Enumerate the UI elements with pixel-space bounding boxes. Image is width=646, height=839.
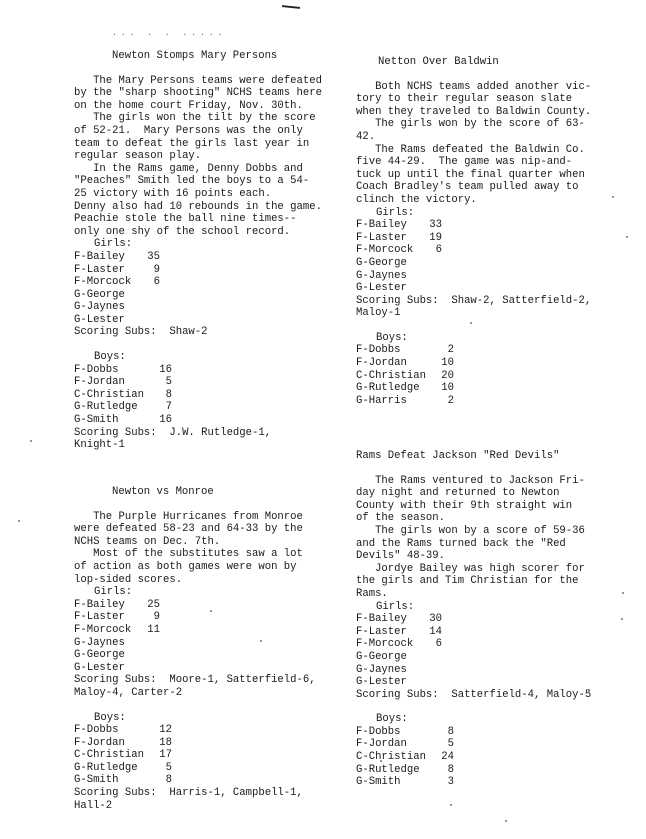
player-points bbox=[140, 649, 160, 662]
paragraph: The girls won the tilt by the score of 5… bbox=[74, 112, 329, 162]
boys-roster: Boys:F-Dobbs2F-Jordan10C-Christian20G-Ru… bbox=[356, 332, 621, 408]
scan-speck bbox=[18, 520, 20, 522]
player-row: F-Morcock11 bbox=[74, 624, 329, 637]
player-points: 10 bbox=[434, 382, 454, 395]
player-row: C-Christian8 bbox=[74, 389, 329, 402]
player-name: F-Bailey bbox=[356, 219, 422, 232]
player-row: F-Dobbs16 bbox=[74, 364, 329, 377]
player-row: F-Laster9 bbox=[74, 611, 329, 624]
player-points: 2 bbox=[434, 344, 454, 357]
player-points: 8 bbox=[434, 764, 454, 777]
headline: Newton vs Monroe bbox=[74, 486, 329, 499]
scoring-subs: Scoring Subs: Moore-1, Satterfield-6, Ma… bbox=[74, 674, 329, 699]
player-points: 33 bbox=[422, 219, 442, 232]
player-row: G-George bbox=[356, 257, 621, 270]
player-row: G-George bbox=[74, 649, 329, 662]
player-row: F-Dobbs12 bbox=[74, 724, 329, 737]
player-points bbox=[140, 662, 160, 675]
player-row: F-Dobbs2 bbox=[356, 344, 621, 357]
player-row: F-Laster9 bbox=[74, 264, 329, 277]
headline: Rams Defeat Jackson "Red Devils" bbox=[356, 450, 621, 463]
player-row: G-Jaynes bbox=[74, 301, 329, 314]
scan-speck bbox=[612, 196, 614, 198]
article-mary-persons: Newton Stomps Mary Persons The Mary Pers… bbox=[74, 50, 329, 452]
article-monroe: Newton vs Monroe The Purple Hurricanes f… bbox=[74, 486, 329, 812]
player-row: G-Smith3 bbox=[356, 776, 621, 789]
player-points: 6 bbox=[422, 244, 442, 257]
player-points: 5 bbox=[434, 738, 454, 751]
player-name: F-Jordan bbox=[356, 738, 434, 751]
player-name: F-Jordan bbox=[74, 737, 152, 750]
player-points bbox=[140, 314, 160, 327]
player-points: 8 bbox=[152, 389, 172, 402]
player-row: G-Jaynes bbox=[74, 637, 329, 650]
player-points: 8 bbox=[152, 774, 172, 787]
player-name: G-Rutledge bbox=[74, 762, 152, 775]
scan-speck bbox=[528, 480, 530, 482]
player-points: 11 bbox=[140, 624, 160, 637]
player-points: 30 bbox=[422, 613, 442, 626]
player-row: C-Christian17 bbox=[74, 749, 329, 762]
player-points: 9 bbox=[140, 611, 160, 624]
player-row: F-Laster19 bbox=[356, 232, 621, 245]
roster-title: Girls: bbox=[356, 601, 621, 614]
player-name: G-Lester bbox=[356, 282, 422, 295]
player-name: F-Jordan bbox=[74, 376, 152, 389]
player-row: F-Bailey30 bbox=[356, 613, 621, 626]
roster-title: Boys: bbox=[356, 713, 621, 726]
scan-speck bbox=[30, 440, 32, 442]
player-points: 5 bbox=[152, 762, 172, 775]
scan-speck bbox=[588, 690, 590, 692]
player-name: G-Jaynes bbox=[356, 664, 422, 677]
scan-speck bbox=[626, 236, 628, 238]
player-row: F-Laster14 bbox=[356, 626, 621, 639]
boys-roster: Boys:F-Dobbs16F-Jordan5C-Christian8G-Rut… bbox=[74, 351, 329, 452]
scoring-subs: Scoring Subs: Satterfield-4, Maloy-5 bbox=[356, 689, 621, 702]
player-points: 18 bbox=[152, 737, 172, 750]
paragraph: The Mary Persons teams were defeated by … bbox=[74, 75, 329, 113]
player-row: C-Christian20 bbox=[356, 370, 621, 383]
player-points bbox=[422, 664, 442, 677]
player-row: G-George bbox=[74, 289, 329, 302]
player-points: 10 bbox=[434, 357, 454, 370]
player-row: G-Rutledge5 bbox=[74, 762, 329, 775]
scan-speck bbox=[621, 618, 623, 620]
header-marks: ... . . ..... bbox=[112, 28, 226, 41]
player-name: C-Christian bbox=[356, 370, 434, 383]
girls-roster: Girls:F-Bailey33F-Laster19F-Morcock6G-Ge… bbox=[356, 207, 621, 320]
paragraph: The Purple Hurricanes from Monroe were d… bbox=[74, 511, 329, 549]
headline: Netton Over Baldwin bbox=[356, 56, 621, 69]
player-name: F-Dobbs bbox=[74, 724, 152, 737]
scan-speck bbox=[622, 592, 624, 594]
roster-title: Girls: bbox=[356, 207, 621, 220]
player-name: F-Morcock bbox=[74, 624, 140, 637]
scan-speck bbox=[505, 820, 507, 822]
player-points: 6 bbox=[422, 638, 442, 651]
player-row: F-Bailey35 bbox=[74, 251, 329, 264]
player-row: G-George bbox=[356, 651, 621, 664]
player-points: 17 bbox=[152, 749, 172, 762]
player-name: G-Lester bbox=[74, 314, 140, 327]
paragraph: The Rams ventured to Jackson Fri- day ni… bbox=[356, 475, 621, 525]
player-row: G-Lester bbox=[356, 676, 621, 689]
player-name: F-Dobbs bbox=[356, 344, 434, 357]
player-row: F-Bailey25 bbox=[74, 599, 329, 612]
scoring-subs: Scoring Subs: Harris-1, Campbell-1, Hall… bbox=[74, 787, 329, 812]
player-name: G-Smith bbox=[74, 774, 152, 787]
roster-title: Girls: bbox=[74, 586, 329, 599]
player-row: F-Morcock6 bbox=[356, 244, 621, 257]
player-name: G-George bbox=[74, 649, 140, 662]
player-row: G-Lester bbox=[74, 314, 329, 327]
player-row: G-Rutledge10 bbox=[356, 382, 621, 395]
player-name: G-Jaynes bbox=[356, 270, 422, 283]
player-name: C-Christian bbox=[74, 389, 152, 402]
player-name: G-Harris bbox=[356, 395, 434, 408]
scan-speck bbox=[210, 610, 212, 612]
player-row: F-Morcock6 bbox=[74, 276, 329, 289]
scoring-subs: Scoring Subs: J.W. Rutledge-1, Knight-1 bbox=[74, 427, 329, 452]
paragraph: Both NCHS teams added another vic- tory … bbox=[356, 81, 621, 119]
player-points bbox=[140, 301, 160, 314]
roster-title: Boys: bbox=[74, 351, 329, 364]
player-name: G-Jaynes bbox=[74, 637, 140, 650]
paragraph: In the Rams game, Denny Dobbs and "Peach… bbox=[74, 163, 329, 239]
pen-mark bbox=[282, 5, 300, 9]
player-points: 19 bbox=[422, 232, 442, 245]
player-name: G-George bbox=[74, 289, 140, 302]
player-name: C-Christian bbox=[74, 749, 152, 762]
player-row: F-Jordan5 bbox=[74, 376, 329, 389]
player-name: C-Christian bbox=[356, 751, 434, 764]
player-name: G-Rutledge bbox=[74, 401, 152, 414]
player-name: G-Lester bbox=[74, 662, 140, 675]
scan-speck bbox=[450, 804, 452, 806]
player-name: F-Laster bbox=[356, 626, 422, 639]
player-name: G-Smith bbox=[74, 414, 152, 427]
player-row: F-Morcock6 bbox=[356, 638, 621, 651]
player-row: G-Jaynes bbox=[356, 664, 621, 677]
player-row: F-Jordan10 bbox=[356, 357, 621, 370]
player-name: F-Dobbs bbox=[74, 364, 152, 377]
player-name: F-Bailey bbox=[74, 251, 140, 264]
player-points: 9 bbox=[140, 264, 160, 277]
player-points: 6 bbox=[140, 276, 160, 289]
player-name: F-Morcock bbox=[356, 638, 422, 651]
player-name: G-Rutledge bbox=[356, 764, 434, 777]
player-points: 2 bbox=[434, 395, 454, 408]
player-row: G-Lester bbox=[356, 282, 621, 295]
player-points bbox=[140, 637, 160, 650]
player-points: 25 bbox=[140, 599, 160, 612]
player-name: F-Morcock bbox=[356, 244, 422, 257]
player-name: G-Rutledge bbox=[356, 382, 434, 395]
player-name: G-Lester bbox=[356, 676, 422, 689]
roster-title: Boys: bbox=[74, 712, 329, 725]
player-points bbox=[422, 270, 442, 283]
scan-speck bbox=[470, 322, 472, 324]
player-name: F-Laster bbox=[356, 232, 422, 245]
player-row: G-Harris2 bbox=[356, 395, 621, 408]
player-name: F-Jordan bbox=[356, 357, 434, 370]
headline: Newton Stomps Mary Persons bbox=[74, 50, 329, 63]
article-jackson: Rams Defeat Jackson "Red Devils" The Ram… bbox=[356, 450, 621, 789]
paragraph: The girls won by a score of 59-36 and th… bbox=[356, 525, 621, 563]
player-points: 3 bbox=[434, 776, 454, 789]
player-row: C-Christian24 bbox=[356, 751, 621, 764]
player-points: 20 bbox=[434, 370, 454, 383]
player-name: F-Laster bbox=[74, 264, 140, 277]
boys-roster: Boys:F-Dobbs12F-Jordan18C-Christian17G-R… bbox=[74, 712, 329, 813]
paragraph: Most of the substitutes saw a lot of act… bbox=[74, 548, 329, 586]
player-row: F-Jordan5 bbox=[356, 738, 621, 751]
player-points bbox=[422, 257, 442, 270]
player-points bbox=[140, 289, 160, 302]
roster-title: Girls: bbox=[74, 238, 329, 251]
player-name: G-George bbox=[356, 257, 422, 270]
player-row: F-Bailey33 bbox=[356, 219, 621, 232]
player-points: 16 bbox=[152, 364, 172, 377]
boys-roster: Boys:F-Dobbs8F-Jordan5C-Christian24G-Rut… bbox=[356, 713, 621, 789]
player-points: 5 bbox=[152, 376, 172, 389]
player-row: F-Dobbs8 bbox=[356, 726, 621, 739]
player-points: 24 bbox=[434, 751, 454, 764]
player-name: F-Dobbs bbox=[356, 726, 434, 739]
player-points bbox=[422, 676, 442, 689]
girls-roster: Girls:F-Bailey35F-Laster9F-Morcock6G-Geo… bbox=[74, 238, 329, 339]
player-points: 14 bbox=[422, 626, 442, 639]
paragraph: The Rams defeated the Baldwin Co. five 4… bbox=[356, 144, 621, 207]
player-points: 16 bbox=[152, 414, 172, 427]
scan-speck bbox=[380, 760, 382, 762]
player-points: 12 bbox=[152, 724, 172, 737]
player-row: G-Jaynes bbox=[356, 270, 621, 283]
scan-speck bbox=[260, 640, 262, 642]
player-row: F-Jordan18 bbox=[74, 737, 329, 750]
player-row: G-Smith16 bbox=[74, 414, 329, 427]
player-row: G-Rutledge7 bbox=[74, 401, 329, 414]
player-points: 7 bbox=[152, 401, 172, 414]
player-points bbox=[422, 282, 442, 295]
girls-roster: Girls:F-Bailey30F-Laster14F-Morcock6G-Ge… bbox=[356, 601, 621, 702]
scoring-subs: Scoring Subs: Shaw-2, Satterfield-2, Mal… bbox=[356, 295, 621, 320]
paragraph: Jordye Bailey was high scorer for the gi… bbox=[356, 563, 621, 601]
player-name: F-Bailey bbox=[356, 613, 422, 626]
player-name: F-Bailey bbox=[74, 599, 140, 612]
article-baldwin: Netton Over Baldwin Both NCHS teams adde… bbox=[356, 56, 621, 407]
player-name: G-Jaynes bbox=[74, 301, 140, 314]
typewritten-page: ... . . ..... Newton Stomps Mary Persons… bbox=[0, 0, 646, 839]
roster-title: Boys: bbox=[356, 332, 621, 345]
player-name: G-Smith bbox=[356, 776, 434, 789]
player-name: F-Laster bbox=[74, 611, 140, 624]
scoring-subs: Scoring Subs: Shaw-2 bbox=[74, 326, 329, 339]
girls-roster: Girls:F-Bailey25F-Laster9F-Morcock11G-Ja… bbox=[74, 586, 329, 699]
player-name: F-Morcock bbox=[74, 276, 140, 289]
player-points: 35 bbox=[140, 251, 160, 264]
player-name: G-George bbox=[356, 651, 422, 664]
player-row: G-Rutledge8 bbox=[356, 764, 621, 777]
player-row: G-Smith8 bbox=[74, 774, 329, 787]
player-points: 8 bbox=[434, 726, 454, 739]
player-row: G-Lester bbox=[74, 662, 329, 675]
paragraph: The girls won by the score of 63- 42. bbox=[356, 118, 621, 143]
player-points bbox=[422, 651, 442, 664]
